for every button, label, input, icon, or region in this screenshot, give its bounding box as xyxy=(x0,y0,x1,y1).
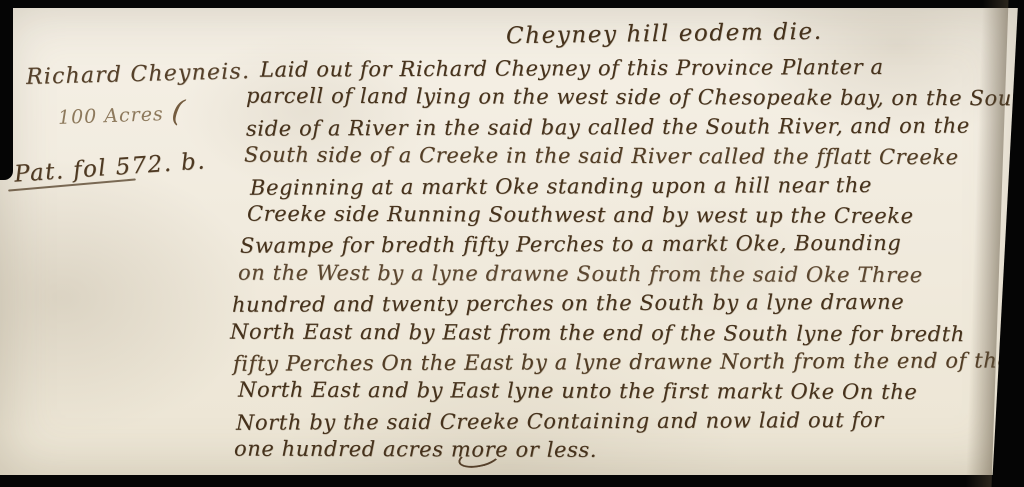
margin-note-acreage: 100 Acres xyxy=(58,103,164,129)
body-line: Laid out for Richard Cheyney of this Pro… xyxy=(260,52,1019,85)
body-line: South side of a Creeke in the said River… xyxy=(244,141,1019,173)
scan-border-left xyxy=(0,0,13,180)
margin-note-grantee-name: Richard Cheyneis. xyxy=(26,59,251,90)
body-line: one hundred acres more or less. xyxy=(234,435,1019,467)
manuscript-scan: { "document": { "heading": "Cheyney hill… xyxy=(0,0,1024,487)
body-line: fifty Perches On the East by a lyne draw… xyxy=(233,346,1019,379)
paper-sheet: Cheyney hill eodem die. Richard Cheyneis… xyxy=(0,8,1019,475)
document-heading: Cheyney hill eodem die. xyxy=(506,19,823,49)
body-line: North by the said Creeke Containing and … xyxy=(236,405,1019,438)
body-line: Creeke side Running Southwest and by wes… xyxy=(247,200,1019,232)
body-line: parcell of land lying on the west side o… xyxy=(246,82,1019,114)
body-line: side of a River in the said bay called t… xyxy=(246,111,1019,144)
body-line: hundred and twenty perches on the South … xyxy=(232,288,1019,321)
body-text-block: Laid out for Richard Cheyney of this Pro… xyxy=(240,54,1019,466)
body-line: on the West by a lyne drawne South from … xyxy=(238,258,1019,290)
body-line: North East and by East from the end of t… xyxy=(230,317,1019,349)
margin-brace-mark: ( xyxy=(169,93,187,129)
body-line: Swampe for bredth fifty Perches to a mar… xyxy=(240,229,1019,262)
body-line: Beginning at a markt Oke standing upon a… xyxy=(250,170,1019,203)
body-line: North East and by East lyne unto the fir… xyxy=(238,376,1019,408)
